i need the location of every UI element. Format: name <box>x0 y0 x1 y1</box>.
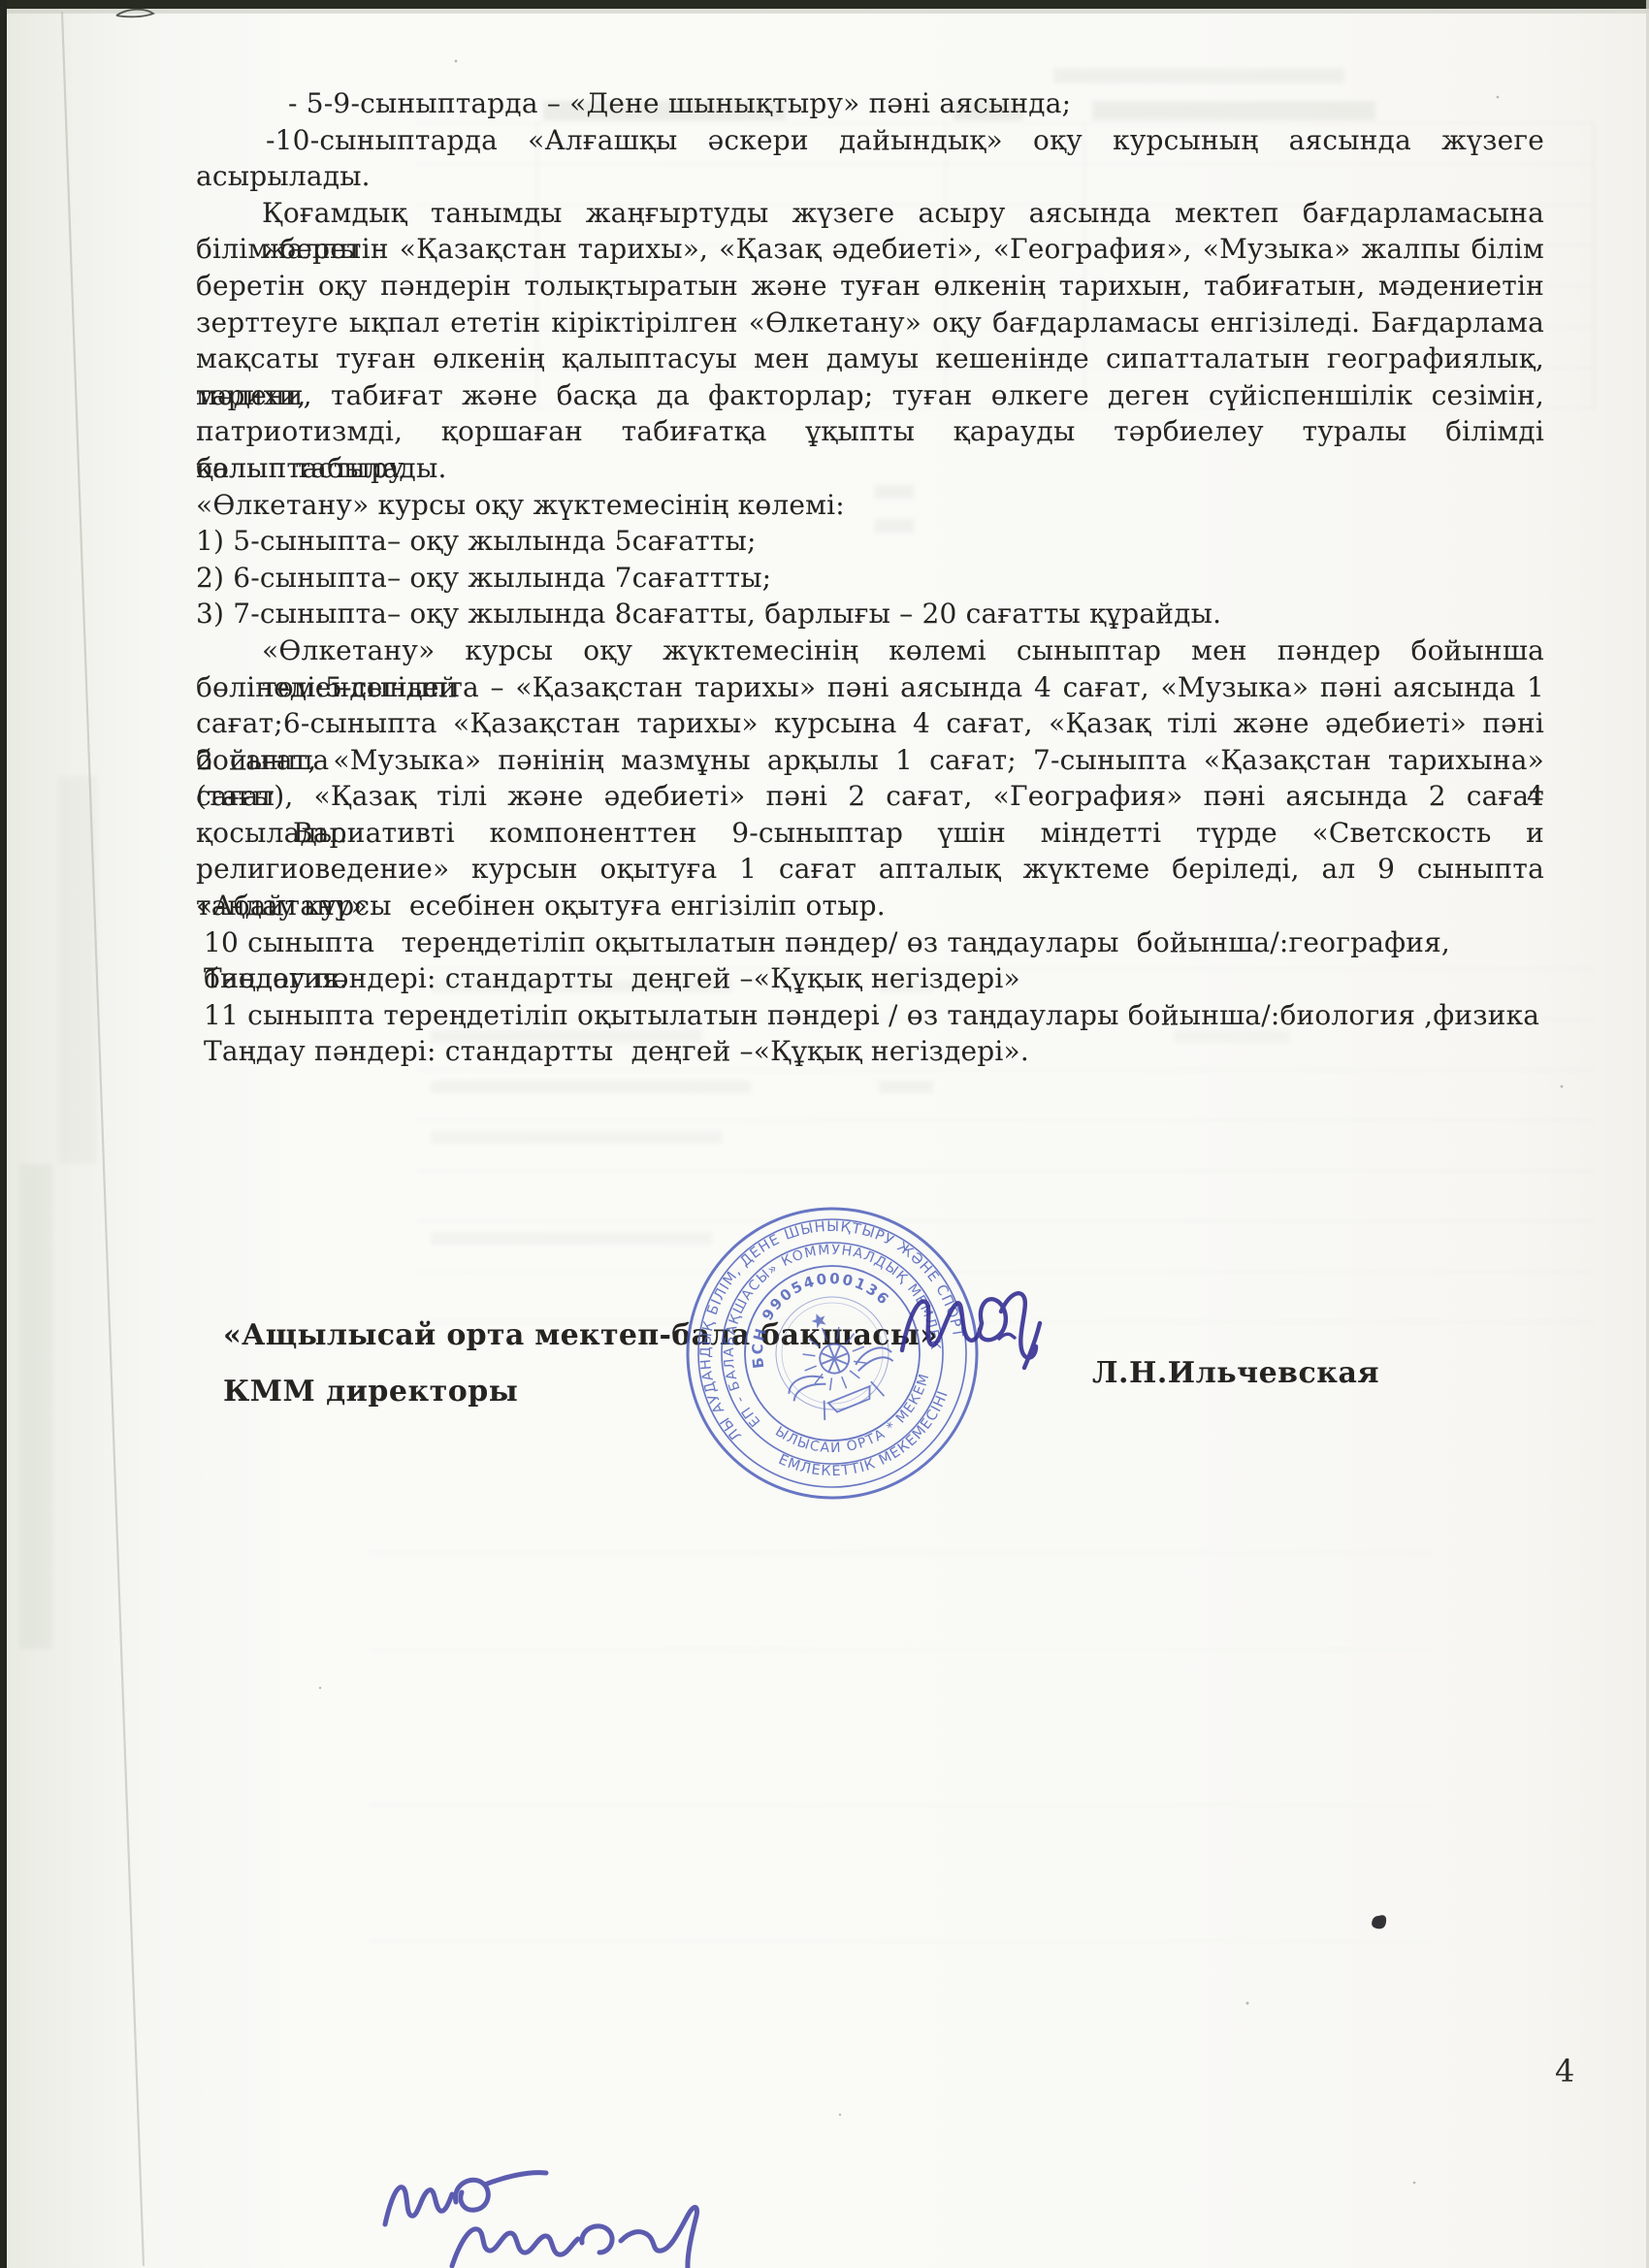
ghost-bleed-mark <box>369 1552 1436 1554</box>
ghost-bleed-mark <box>431 1131 722 1144</box>
ghost-bleed-mark <box>417 1119 1595 1121</box>
text-line: Вариативті компоненттен 9-сыныптар үшін … <box>196 815 1544 852</box>
scan-edge-top-shadow <box>0 9 1649 14</box>
ghost-bleed-mark <box>417 1220 1595 1222</box>
text-line: - 5-9-сыныптарда – «Дене шынықтыру» пәні… <box>196 85 1544 122</box>
scan-edge-top <box>0 0 1649 9</box>
ghost-bleed-mark <box>1053 68 1344 83</box>
text-line: асырылады. <box>196 158 1544 195</box>
text-line: Таңдау пәндері: стандартты деңгей –«Құқы… <box>196 960 1544 997</box>
text-line: 2) 6-сыныпта– оқу жылында 7сағаттты; <box>196 560 1544 597</box>
ghost-bleed-mark <box>369 1649 1436 1651</box>
kazakhstan-emblem-icon <box>765 1293 906 1429</box>
text-line: мәдени, табиғат және басқа да факторлар;… <box>196 377 1544 414</box>
text-line: 1) 5-сыныпта– оқу жылында 5сағатты; <box>196 523 1544 560</box>
ghost-bleed-mark <box>1593 122 1595 409</box>
text-line: сағат;6-сыныпта «Қазақстан тарихы» курсы… <box>196 705 1544 742</box>
text-line: Таңдау пәндері: стандартты деңгей –«Құқы… <box>196 1033 1544 1070</box>
ghost-bleed-mark <box>431 1081 751 1093</box>
ghost-bleed-mark <box>369 1804 1436 1806</box>
text-line: 11 сыныпта тереңдетіліп оқытылатын пәнде… <box>196 997 1544 1034</box>
text-line: болып табылады. <box>196 450 1544 487</box>
text-line: 10 сыныпта тереңдетіліп оқытылатын пәнде… <box>196 924 1544 961</box>
scan-edge-left <box>0 0 7 2268</box>
ghost-bleed-mark <box>369 1940 1436 1942</box>
text-line: -10-сыныптарда «Алғашқы әскери дайындық»… <box>196 122 1544 159</box>
ghost-bleed-mark <box>19 1164 52 1649</box>
text-line: «Өлкетану» курсы оқу жүктемесінің көлемі… <box>196 632 1544 669</box>
text-line: білім беретін «Қазақстан тарихы», «Қазақ… <box>196 231 1544 268</box>
text-line: религиоведение» курсын оқытуға 1 сағат а… <box>196 851 1544 888</box>
ink-blot <box>1372 1915 1386 1928</box>
handwriting-ink <box>385 2173 697 2268</box>
official-stamp: ҚАРҒАЛЫ АУДАНДЫҚ БІЛІМ, ДЕНЕ ШЫНЫҚТЫРУ Ж… <box>667 1188 997 1518</box>
ghost-bleed-mark <box>58 776 97 1164</box>
ghost-bleed-mark <box>417 1271 1595 1273</box>
paper-crease <box>62 12 144 2266</box>
signer-name: Л.Н.Ильчевская <box>1092 1356 1379 1390</box>
text-line: зерттеуге ықпал ететін кіріктірілген «Өл… <box>196 305 1544 341</box>
text-line: Қоғамдық танымды жаңғыртуды жүзеге асыру… <box>196 195 1544 232</box>
text-line: таңдау курсы есебінен оқытуға енгізіліп … <box>196 888 1544 924</box>
text-line: 2 сағат, «Музыка» пәнінің мазмұны арқылы… <box>196 742 1544 779</box>
ghost-bleed-mark <box>417 1170 1595 1172</box>
text-line: беретін оқу пәндерін толықтыратын және т… <box>196 268 1544 305</box>
text-line: сағат), «Қазақ тілі және әдебиеті» пәні … <box>196 778 1544 815</box>
text-line: «Өлкетану» курсы оқу жүктемесінің көлемі… <box>196 487 1544 524</box>
text-line: бөлінеді:5-сыныпта – «Қазақстан тарихы» … <box>196 669 1544 706</box>
ghost-bleed-mark <box>879 1081 933 1093</box>
text-line: мақсаты туған өлкенің қалыптасуы мен дам… <box>196 340 1544 377</box>
body-text: - 5-9-сыныптарда – «Дене шынықтыру» пәні… <box>196 85 1544 1070</box>
page-number: 4 <box>1555 2053 1574 2090</box>
text-line: 3) 7-сыныпта– оқу жылында 8сағатты, барл… <box>196 596 1544 632</box>
organization-role: КММ директоры <box>223 1375 518 1409</box>
text-line: патриотизмді, қоршаған табиғатқа ұқыпты … <box>196 413 1544 450</box>
scanned-document-page: - 5-9-сыныптарда – «Дене шынықтыру» пәні… <box>0 0 1649 2268</box>
